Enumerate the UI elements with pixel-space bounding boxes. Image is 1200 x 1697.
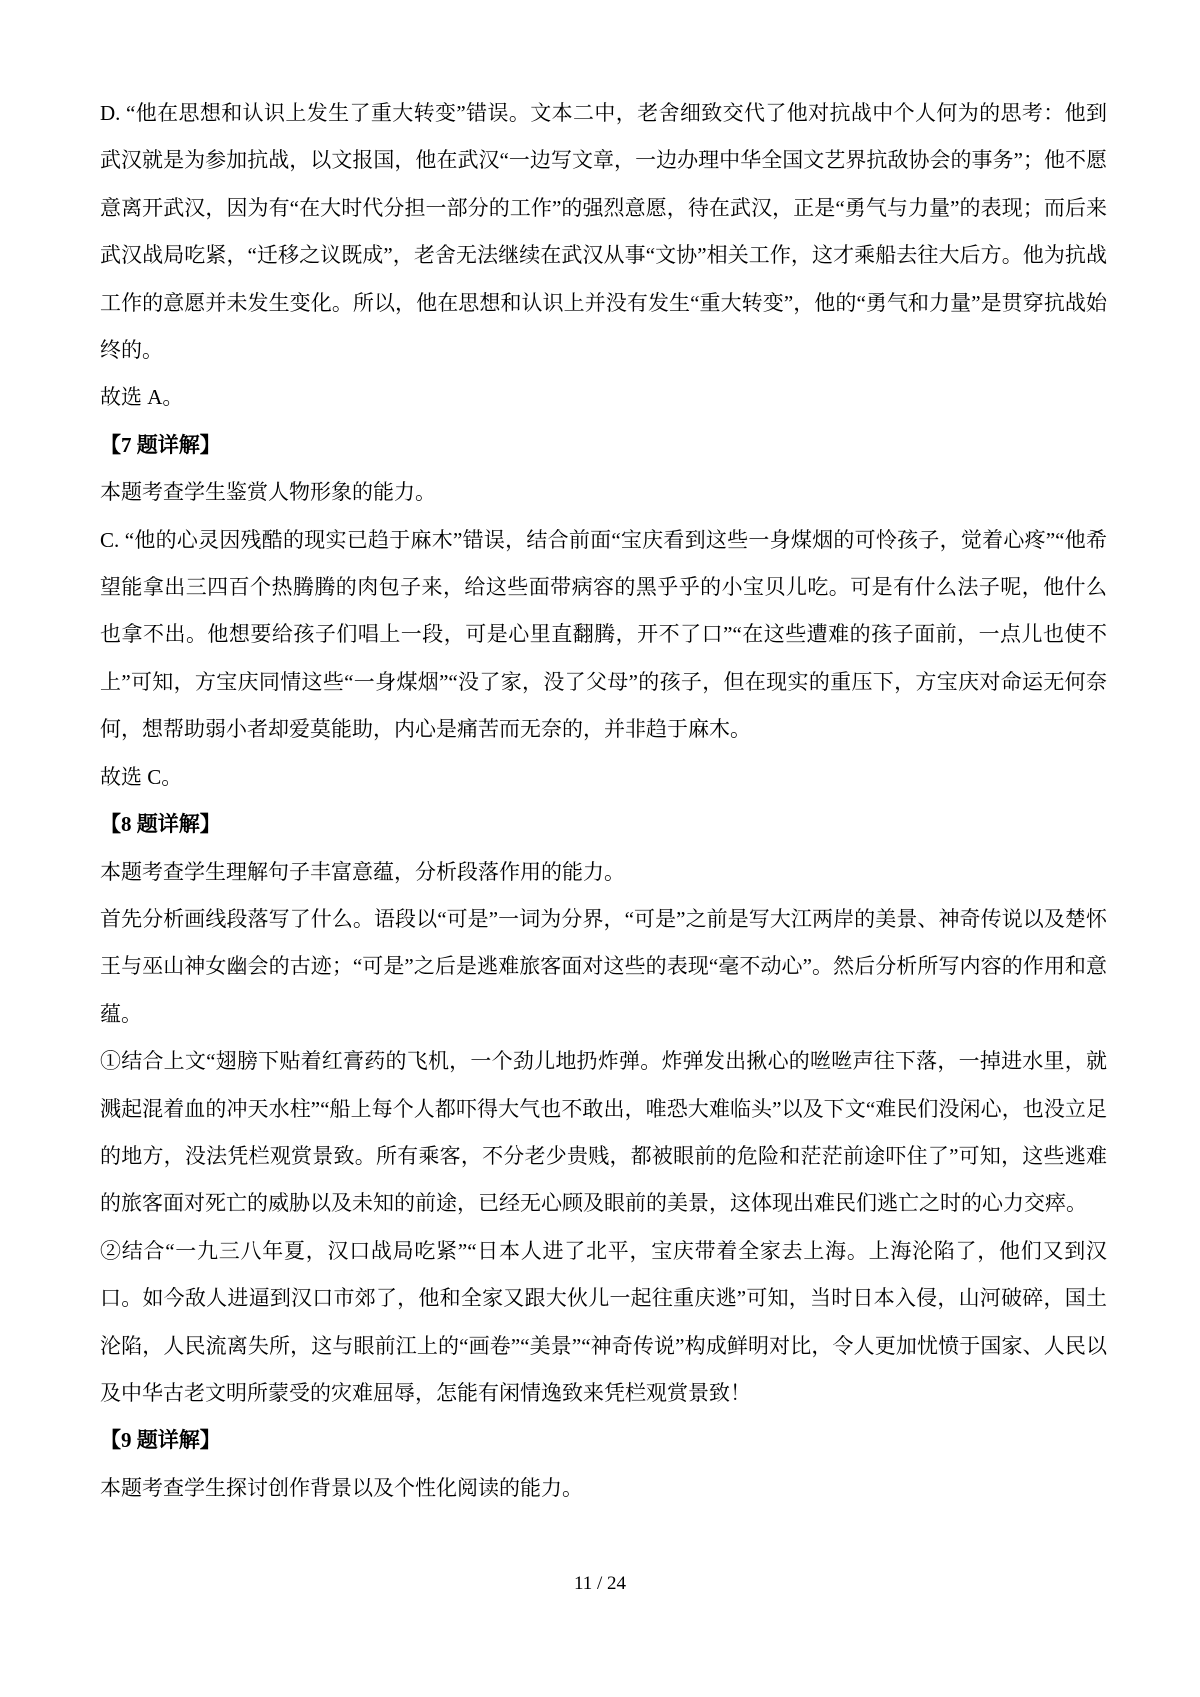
answer-explanation-paragraph: C. “他的心灵因残酷的现实已趋于麻木”错误，结合前面“宝庆看到这些一身煤烟的可… bbox=[100, 517, 1107, 754]
analysis-point-2: ②结合“一九三八年夏，汉口战局吃紧”“日本人进了北平，宝庆带着全家去上海。上海沦… bbox=[100, 1228, 1107, 1418]
ability-statement: 本题考查学生理解句子丰富意蕴，分析段落作用的能力。 bbox=[100, 849, 1107, 896]
answer-choice-line: 故选 C。 bbox=[100, 754, 1107, 801]
analysis-paragraph: 首先分析画线段落写了什么。语段以“可是”一词为分界，“可是”之前是写大江两岸的美… bbox=[100, 896, 1107, 1038]
document-page: D. “他在思想和认识上发生了重大转变”错误。文本二中，老舍细致交代了他对抗战中… bbox=[0, 0, 1200, 1697]
answer-explanation-paragraph: D. “他在思想和认识上发生了重大转变”错误。文本二中，老舍细致交代了他对抗战中… bbox=[100, 90, 1107, 374]
answer-choice-line: 故选 A。 bbox=[100, 374, 1107, 421]
ability-statement: 本题考查学生鉴赏人物形象的能力。 bbox=[100, 469, 1107, 516]
analysis-point-1: ①结合上文“翅膀下贴着红膏药的飞机，一个劲儿地扔炸弹。炸弹发出揪心的咝咝声往下落… bbox=[100, 1038, 1107, 1228]
section-heading-q7: 【7 题详解】 bbox=[100, 422, 1107, 469]
ability-statement: 本题考查学生探讨创作背景以及个性化阅读的能力。 bbox=[100, 1465, 1107, 1512]
section-heading-q8: 【8 题详解】 bbox=[100, 801, 1107, 848]
page-number: 11 / 24 bbox=[0, 1572, 1200, 1596]
section-heading-q9: 【9 题详解】 bbox=[100, 1417, 1107, 1464]
document-body: D. “他在思想和认识上发生了重大转变”错误。文本二中，老舍细致交代了他对抗战中… bbox=[100, 90, 1107, 1512]
